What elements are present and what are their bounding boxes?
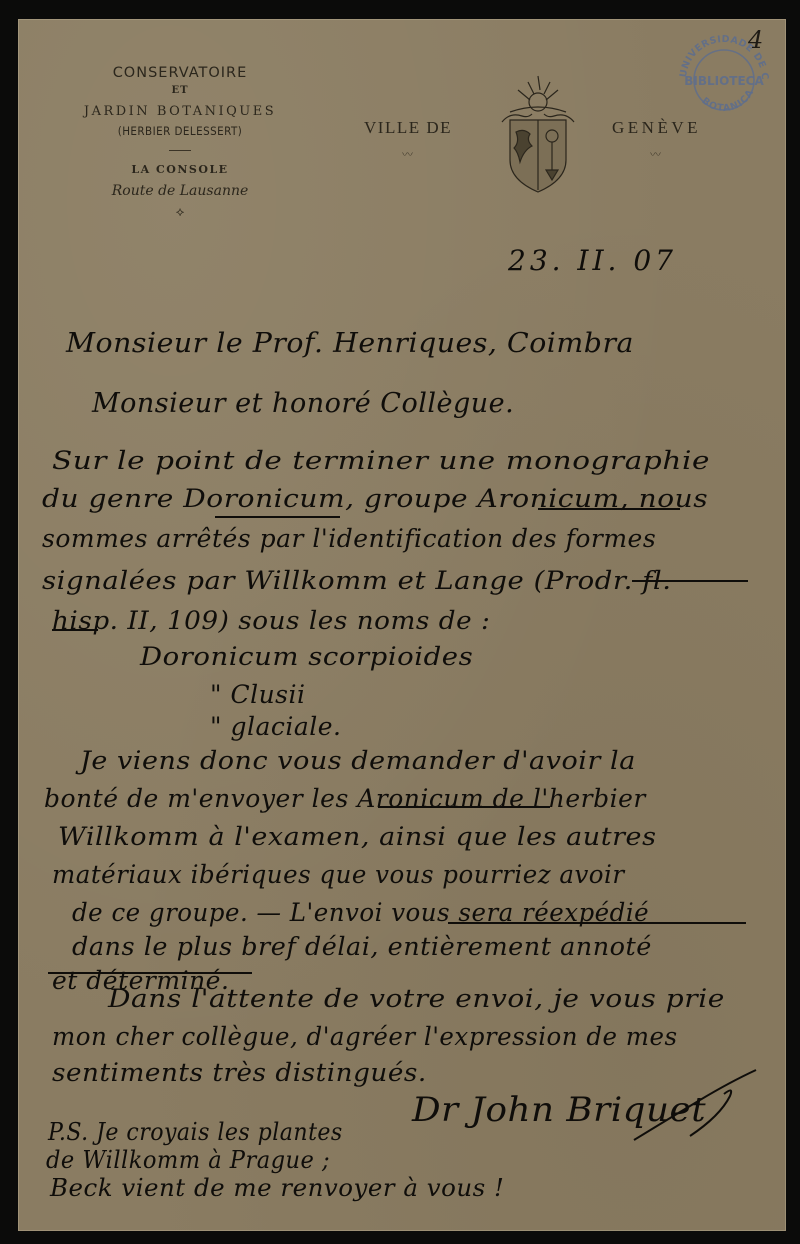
body-line-4: signalées par Willkomm et Lange (Prodr. … xyxy=(42,566,672,595)
request-line-4: matériaux ibériques que vous pourriez av… xyxy=(52,860,625,889)
request-line-6: dans le plus bref délai, entièrement ann… xyxy=(72,932,652,961)
underline-annote xyxy=(448,922,746,924)
request-line-1: Je viens donc vous demander d'avoir la xyxy=(80,746,636,775)
underline-prodr xyxy=(632,580,748,582)
institution-line-1: CONSERVATOIRE xyxy=(40,66,320,81)
underline-determine xyxy=(48,972,252,974)
underline-aronicum xyxy=(538,508,680,510)
address-line-2: Route de Lausanne xyxy=(40,184,320,198)
folio-number: 4 xyxy=(748,26,763,54)
postscript-line-3: Beck vient de me renvoyer à vous ! xyxy=(50,1174,504,1202)
species-item-2: " Clusii xyxy=(210,680,306,709)
postscript-line-2: de Willkomm à Prague ; xyxy=(46,1146,330,1174)
request-line-2: bonté de m'envoyer les Aronicum de l'her… xyxy=(44,784,646,813)
svg-text:BOTANICA: BOTANICA xyxy=(700,87,757,114)
underline-hisp xyxy=(52,629,98,631)
stamp-text-bottom: BOTANICA xyxy=(700,87,757,114)
species-item-3: " glaciale. xyxy=(210,712,342,741)
closing-line-3: sentiments très distingués. xyxy=(52,1058,427,1087)
request-line-3: Willkomm à l'examen, ainsi que les autre… xyxy=(58,822,656,851)
city-label-left: VILLE DE xyxy=(364,118,452,138)
letter-date: 23. II. 07 xyxy=(508,244,677,277)
institution-line-3: JARDIN BOTANIQUES xyxy=(40,105,320,118)
underline-aronicum-2 xyxy=(378,806,550,808)
letter-salutation: Monsieur et honoré Collègue. xyxy=(92,388,514,419)
letterhead-divider xyxy=(169,150,191,151)
signature-flourish-icon xyxy=(630,1066,760,1146)
species-item-1: Doronicum scorpioides xyxy=(140,642,473,671)
scanned-letter: CONSERVATOIRE ET JARDIN BOTANIQUES (HERB… xyxy=(0,0,800,1244)
letterhead-institution: CONSERVATOIRE ET JARDIN BOTANIQUES (HERB… xyxy=(40,48,320,219)
institution-line-4: (HERBIER DELESSERT) xyxy=(54,126,306,138)
address-line-1: LA CONSOLE xyxy=(40,164,320,175)
postscript-line-1: P.S. Je croyais les plantes xyxy=(48,1118,343,1146)
ornament-icon: ⟡ xyxy=(40,206,320,219)
underline-doronicum xyxy=(215,516,340,518)
closing-line-1: Dans l'attente de votre envoi, je vous p… xyxy=(108,984,725,1013)
body-line-5: hisp. II, 109) sous les noms de : xyxy=(52,606,490,635)
stamp-text-center: BIBLIOTECA xyxy=(684,74,764,88)
closing-line-2: mon cher collègue, d'agréer l'expression… xyxy=(52,1022,678,1051)
flourish-icon: 〰 xyxy=(402,146,413,162)
flourish-icon: 〰 xyxy=(650,146,661,162)
letter-addressee: Monsieur le Prof. Henriques, Coimbra xyxy=(66,328,634,359)
body-line-3: sommes arrêtés par l'identification des … xyxy=(42,524,656,553)
body-line-1: Sur le point de terminer une monographie xyxy=(52,446,710,475)
institution-line-2: ET xyxy=(40,86,320,96)
geneva-coat-of-arms-icon xyxy=(488,72,588,196)
